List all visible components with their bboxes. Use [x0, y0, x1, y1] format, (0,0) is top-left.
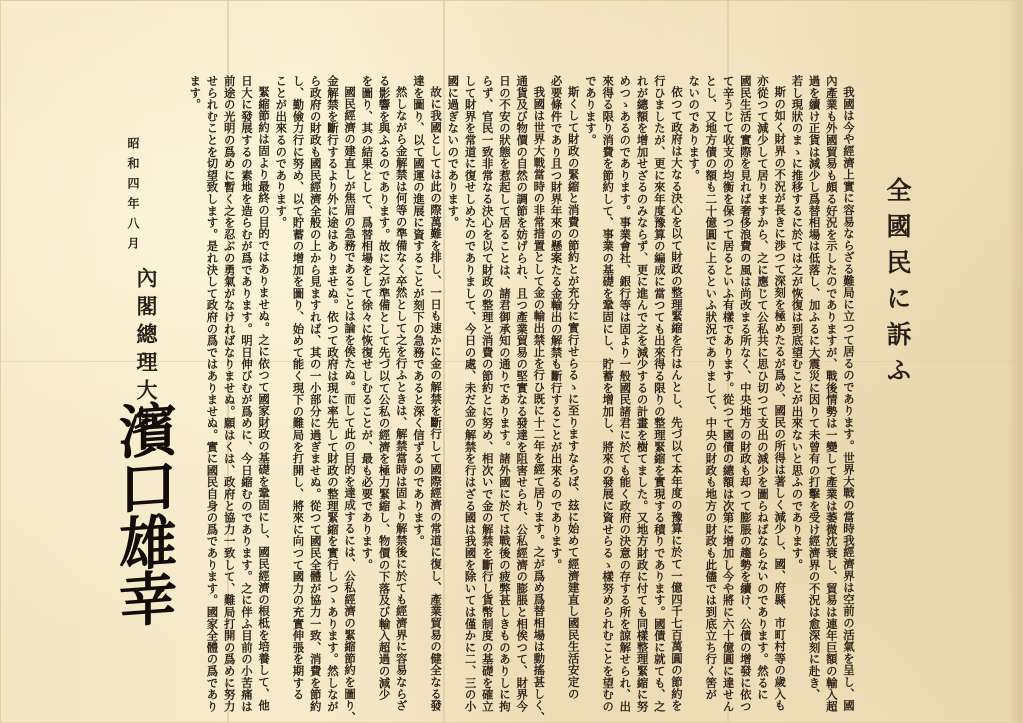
body-text-line: 必要條件であり且つ財界年來の懸案たる金輸出の解禁も斷行することが出來るのでありま…: [547, 75, 564, 655]
body-text-line: ないのであります。: [685, 75, 702, 655]
body-text-line: 達を圖り、以て國運の進展に資することが刻下の急務であると深く信ずるのであります。: [410, 75, 427, 655]
paper-edge-shadow: [1008, 1, 1022, 722]
body-text-line: 若し現狀のまゝに推移するに於ては之が恢復は到底望むことが出來ないと思ふのでありま…: [788, 75, 805, 655]
body-text-line: 斯の如く財界の不況が長きに渉つて深刻を極めたるが爲め、國民の所得は著しく減少し、…: [771, 75, 788, 655]
body-text-line: 國民生活の實際を見れば奢侈浪費の風は尚改まる所なく、中央地方の財政も却つて膨脹の…: [737, 75, 754, 655]
body-text-line: 緊縮節約は固より最終の目的ではありませぬ。之に依つて國家財政の基礎を鞏固にし、國…: [255, 75, 272, 655]
body-text-line: せられむことを切望致します。是れ決して政府の爲ではありませぬ。實に國民自身の爲で…: [203, 75, 220, 655]
body-text-line: 國に過ぎないのであります。: [444, 75, 461, 655]
body-text-line: ら政府の財政も國民經濟全般の上から見ますれば、其の一小部分に過ぎませぬ。從つて國…: [307, 75, 324, 655]
body-text-line: であります。: [582, 75, 599, 655]
signature: 濱口雄幸: [101, 398, 185, 628]
body-text-line: 我國は今や經濟上實に容易ならざる難局に立つて居るのであります。世界大戰の當時我經…: [840, 75, 857, 655]
body-text-line: ことが出來るのであります。: [272, 75, 289, 655]
body-text-line: 故に我國としては此の際萬難を排し、一日も速かに金の解禁を斷行して國際經濟の常道に…: [427, 75, 444, 655]
body-text-line: 依つて政府は大なる決心を以て財政の整理緊縮を行はんとし、先づ以て本年度の豫算に於…: [668, 75, 685, 655]
body-text-line: 金解禁を斷行するより外に途はありませぬ。依つて政府は現に率先して財政の整理緊縮を…: [324, 75, 341, 655]
body-text-line: して財界を常道に復せしめたのでありまして、今日の處、未だ金の解禁を行はざる國は我…: [461, 75, 478, 655]
body-text-line: らず、官民一致非常なる決心を以て財政の整理と消費の節約とに努め、相次いで金の解禁…: [479, 75, 496, 655]
body-text-line: れが總額を增加せざるのみならず、更に進んで之を減少するの計畫を樹てました。又地方…: [633, 75, 650, 655]
document-page: 全國民に訴ふ 我國は今や經濟上實に容易ならざる難局に立つて居るのであります。世界…: [0, 0, 1023, 723]
body-text-line: 然しながら金解禁は何等の準備なく卒然として之を行ふときは、解禁當時は固より解禁後…: [393, 75, 410, 655]
body-text-line: 國民經濟の建直しが焦眉の急務であることは論を俟たぬ。而して此の目的を達成するには…: [341, 75, 358, 655]
body-text-line: めつゝあるのであります。事業會社、銀行等は固より一般國民諸君に於ても能く政府の決…: [616, 75, 633, 655]
body-text-line: 我國は世界大戰當時の非常措置として金の輸出禁止を行ひ既に十二年を經て居ります。之…: [530, 75, 547, 655]
body-text-line: る影響を與ふるのであります。故に之が準備として先づ以て公私の經濟を極力緊縮し、物…: [375, 75, 392, 655]
body-text-line: 日の不安の狀態を惹起して居ることは、諸君御承知の通りであります。諸外國に於ては戰…: [496, 75, 513, 655]
body-text-line: 行ひましたが、更に來年度豫算の編成に當つても出來得る限りの整理緊縮を實現する積り…: [651, 75, 668, 655]
body-text-line: を圖り、其の結果として、爲替相場をして徐々に恢復せしむることが、最も必要でありま…: [358, 75, 375, 655]
body-text-line: 亦從つて減少して居りますから、之に應じて公私共に思ひ切つて支出の減少を圖らねばな…: [754, 75, 771, 655]
body-text-line: て辛うじて收支の均衡を保つて居るといふ有樣であります。從つて國債の總額は次第に增…: [719, 75, 736, 655]
document-date: 昭和四年八月: [125, 137, 142, 257]
body-text-line: 內產業も外國貿易も頗る好況を示したのでありますが、戰後情勢は一變して產業は萎微沈…: [823, 75, 840, 655]
body-text-line: 斯くして財政の緊縮と消費の節約とが充分に實行せらるゝに至りますならば、玆に始めて…: [565, 75, 582, 655]
body-text-line: 前途の光明の爲めに暫く之を忍ぶの勇氣がなければなりませぬ。願はくは、政府と協力一…: [220, 75, 237, 655]
body-text-line: 日大に發展するの素地を造らむが爲であります。明日伸びむが爲めに、今日縮むのであり…: [238, 75, 255, 655]
document-title: 全國民に訴ふ: [879, 177, 915, 393]
body-text-line: ます。: [186, 75, 203, 655]
body-text-line: とし、又地方債の額も二十億圓に上るといふ狀況でありまして、中央の財政も地方の財政…: [702, 75, 719, 655]
body-text-line: 來得る限り消費を節約して、事業の基礎を鞏固にし、貯蓄を增加し、將來の發展に資せら…: [599, 75, 616, 655]
body-text-line: 通貨及び物價の自然の調節を妨げられ、且つ產業貿易の堅實なる發達を阻害せられ、公私…: [513, 75, 530, 655]
document-body: 我國は今や經濟上實に容易ならざる難局に立つて居るのであります。世界大戰の當時我經…: [186, 75, 857, 655]
body-text-line: 過を續け正貨は減少し爲替相場は低落し、加ふるに大震災に因りて未曾有の打擊を受け經…: [805, 75, 822, 655]
body-text-line: し、勤儉力行に努め、以て貯蓄の增加を圖り、始めて能く現下の難局を打開し、將來に向…: [289, 75, 306, 655]
